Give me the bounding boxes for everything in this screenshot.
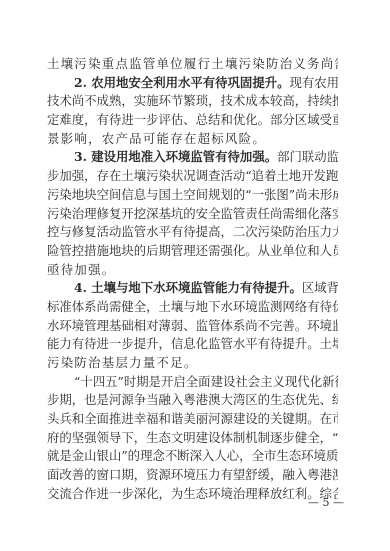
text-line: 定难度，有待进一步评估、总结和优化。部分区域受重金属高背 [47, 111, 338, 130]
text-line: 水环境管理基础相对薄弱、监管体系尚不完善。环境监管与执法 [47, 317, 338, 336]
text-line: 4. 土壤与地下水环境监管能力有待提升。区域背景值等地方 [47, 279, 338, 298]
text-line: 面改善的窗口期，资源环境压力有望舒缓，融入粤港澳大湾区的 [47, 466, 338, 485]
text-line: 景影响，农产品可能存在超标风险。 [47, 130, 338, 149]
text-line: 头兵和全面推进幸福和谐美丽河源建设的关键期。在市委、市政 [47, 410, 338, 429]
section-heading: 2. 农用地安全利用水平有待巩固提升。 [74, 75, 290, 90]
text-line: 府的坚强领导下，生态文明建设体制机制逐步健全，“绿水青山 [47, 429, 338, 448]
text-line: 土壤污染重点监管单位履行土壤污染防治义务尚需进一步推进。 [47, 55, 338, 74]
text-line: 险管控措施地块的后期管理还需强化。从业单位和人员监督管理 [47, 242, 338, 261]
text-line: 技术尚不成熟，实施环节繁琐，技术成本较高，持续推广存在一 [47, 92, 338, 111]
text-line: 能力有待进一步提升，信息化监管水平有待提升。土壤与地下水 [47, 335, 338, 354]
document-page: 土壤污染重点监管单位履行土壤污染防治义务尚需进一步推进。 2. 农用地安全利用水… [0, 0, 390, 551]
text-run: 部门联动监管有待进一 [277, 149, 338, 164]
text-line: 标准体系尚需健全，土壤与地下水环境监测网络有待优化。地下 [47, 298, 338, 317]
text-line: 污染地块空间信息与国土空间规划的“一张图”尚未形成。土壤 [47, 186, 338, 205]
text-run: 现有农用地安全利用 [290, 75, 339, 90]
text-line: 步期，也是河源争当融入粤港澳大湾区的生态优先、绿色发展排 [47, 391, 338, 410]
text-line: 亟待加强。 [47, 261, 338, 280]
section-heading: 3. 建设用地准入环境监管有待加强。 [74, 149, 277, 164]
text-line: 污染防治基层力量不足。 [47, 354, 338, 373]
text-line: “十四五”时期是开启全面建设社会主义现代化新征程的起 [47, 373, 338, 392]
text-line: 3. 建设用地准入环境监管有待加强。部门联动监管有待进一 [47, 148, 338, 167]
text-line: 污染治理修复开挖深基坑的安全监管责任尚需细化落实。风险管 [47, 205, 338, 224]
text-run: 区域背景值等地方 [302, 280, 338, 295]
text-line: 交流合作进一步深化，为生态环境治理释放红利。综合判断，“十 [47, 485, 338, 504]
text-line: 2. 农用地安全利用水平有待巩固提升。现有农用地安全利用 [47, 74, 338, 93]
text-line: 步加强，存在土壤污染状况调查活动“追着土地开发跑”的现象， [47, 167, 338, 186]
section-heading: 4. 土壤与地下水环境监管能力有待提升。 [74, 280, 302, 295]
text-line: 控与修复活动监管水平有待提高，二次污染防治压力大，采取风 [47, 223, 338, 242]
text-line: 就是金山银山”的理念不断深入人心，全市生态环境质量进入全 [47, 447, 338, 466]
body-text: 土壤污染重点监管单位履行土壤污染防治义务尚需进一步推进。 2. 农用地安全利用水… [47, 55, 338, 504]
page-number: — 5 — [308, 495, 344, 511]
